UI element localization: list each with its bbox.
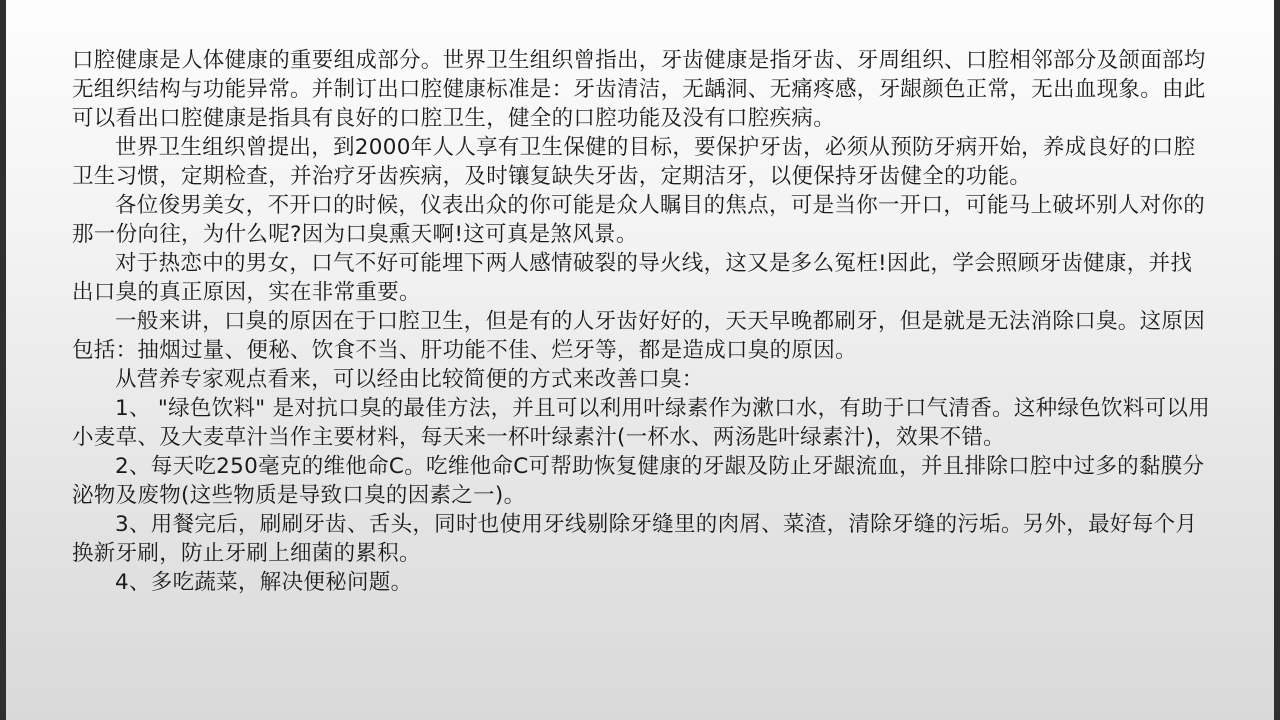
paragraph-tip-1-green-drink: 1、 "绿色饮料" 是对抗口臭的最佳方法，并且可以利用叶绿素作为漱口水，有助于口… [72, 394, 1212, 452]
paragraph-oral-health-definition: 口腔健康是人体健康的重要组成部分。世界卫生组织曾指出，牙齿健康是指牙齿、牙周组织… [72, 46, 1212, 133]
right-edge-bar [1274, 0, 1280, 720]
paragraph-tip-2-vitamin-c: 2、每天吃250毫克的维他命C。吃维他命C可帮助恢复健康的牙龈及防止牙龈流血，并… [72, 452, 1212, 510]
body-text: 口腔健康是人体健康的重要组成部分。世界卫生组织曾指出，牙齿健康是指牙齿、牙周组织… [72, 46, 1212, 597]
paragraph-first-impression: 各位俊男美女，不开口的时候，仪表出众的你可能是众人瞩目的焦点，可是当你一开口，可… [72, 191, 1212, 249]
left-edge-bar [0, 0, 6, 720]
paragraph-couples: 对于热恋中的男女，口气不好可能埋下两人感情破裂的导火线，这又是多么冤枉!因此，学… [72, 249, 1212, 307]
paragraph-bad-breath-causes: 一般来讲，口臭的原因在于口腔卫生，但是有的人牙齿好好的，天天早晚都刷牙，但是就是… [72, 307, 1212, 365]
paragraph-tip-4-vegetables: 4、多吃蔬菜，解决便秘问题。 [72, 568, 1212, 597]
paragraph-nutritionist-intro: 从营养专家观点看来，可以经由比较简便的方式来改善口臭： [72, 365, 1212, 394]
paragraph-who-goal: 世界卫生组织曾提出，到2000年人人享有卫生保健的目标，要保护牙齿，必须从预防牙… [72, 133, 1212, 191]
paragraph-tip-3-brushing-floss: 3、用餐完后，刷刷牙齿、舌头，同时也使用牙线剔除牙缝里的肉屑、菜渣，清除牙缝的污… [72, 510, 1212, 568]
slide-background: 口腔健康是人体健康的重要组成部分。世界卫生组织曾指出，牙齿健康是指牙齿、牙周组织… [0, 0, 1280, 720]
